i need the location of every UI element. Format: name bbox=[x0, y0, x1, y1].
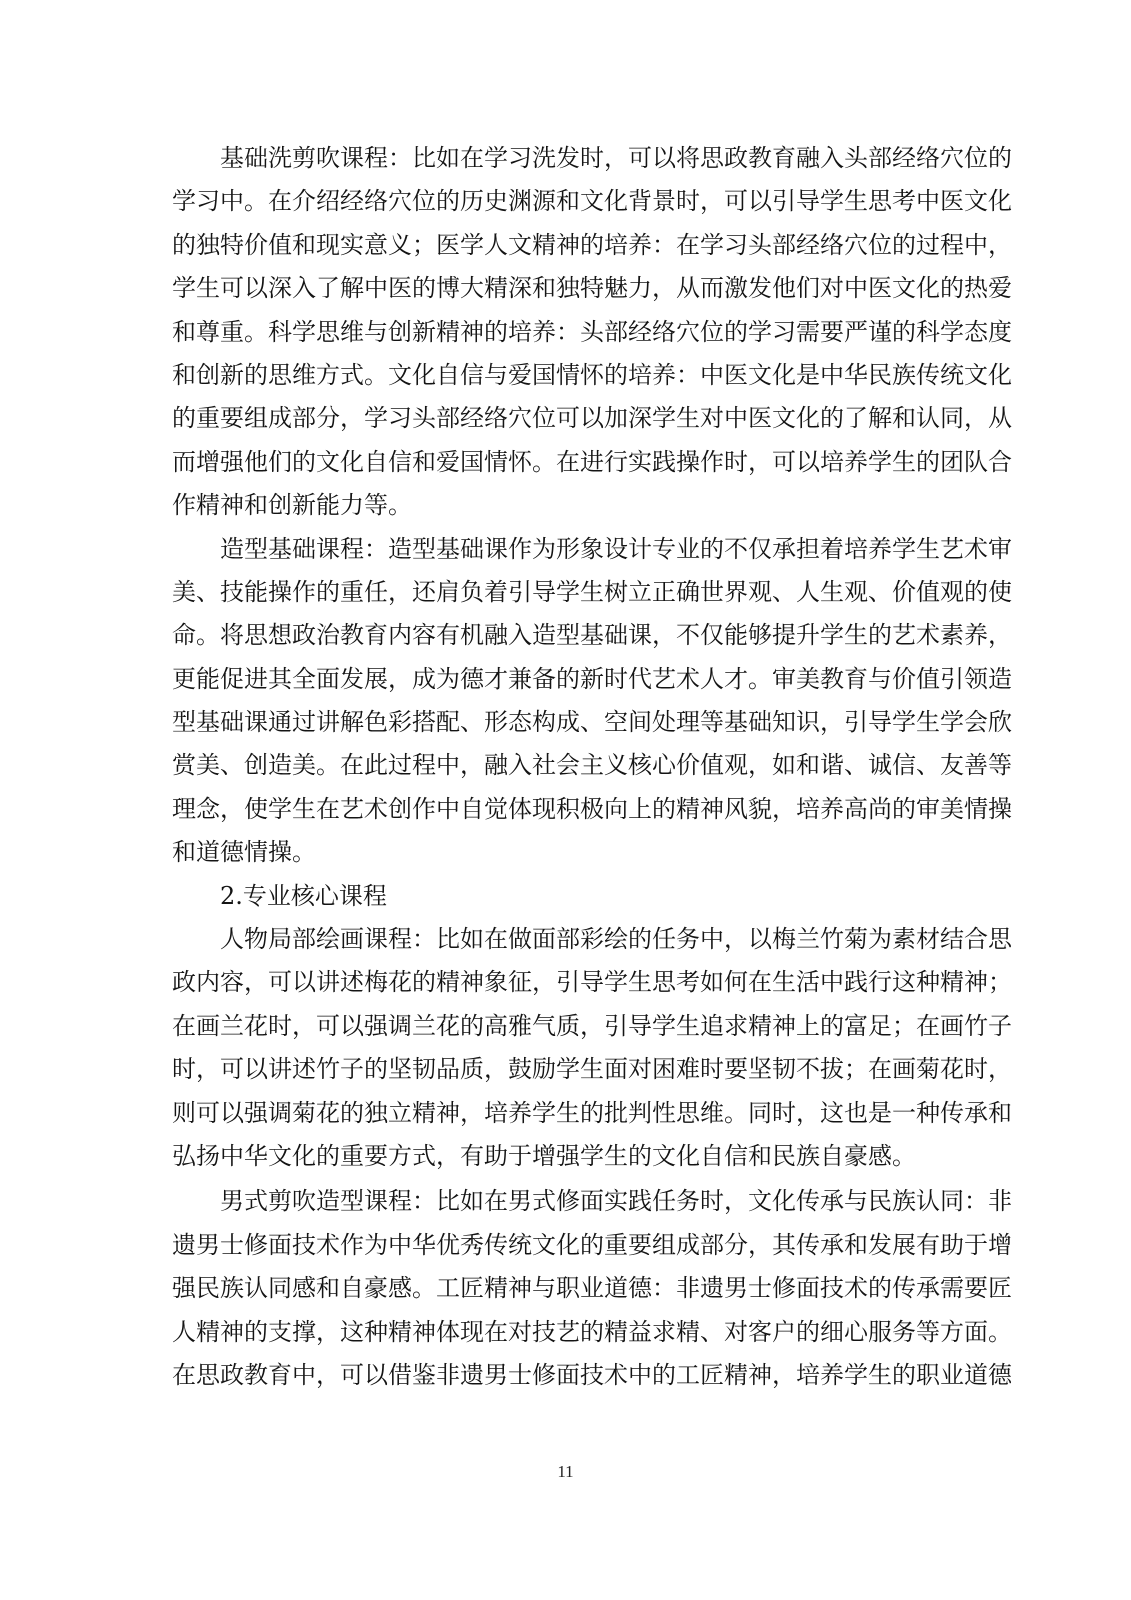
text-line: 和创新的思维方式。文化自信与爱国情怀的培养：中医文化是中华民族传统文化 bbox=[172, 357, 959, 400]
text-line: 强民族认同感和自豪感。工匠精神与职业道德：非遗男士修面技术的传承需要匠 bbox=[172, 1270, 959, 1313]
text-line: 和道德情操。 bbox=[172, 834, 959, 877]
text-line: 理念，使学生在艺术创作中自觉体现积极向上的精神风貌，培养高尚的审美情操 bbox=[172, 791, 959, 834]
document-body: 基础洗剪吹课程：比如在学习洗发时，可以将思政教育融入头部经络穴位的 学习中。在介… bbox=[172, 140, 959, 1400]
text-line: 学生可以深入了解中医的博大精深和独特魅力，从而激发他们对中医文化的热爱 bbox=[172, 270, 959, 313]
text-line: 在思政教育中，可以借鉴非遗男士修面技术中的工匠精神，培养学生的职业道德 bbox=[172, 1357, 959, 1400]
text-line: 的重要组成部分，学习头部经络穴位可以加深学生对中医文化的了解和认同，从 bbox=[172, 400, 959, 443]
text-line: 学习中。在介绍经络穴位的历史渊源和文化背景时，可以引导学生思考中医文化 bbox=[172, 183, 959, 226]
text-line: 遗男士修面技术作为中华优秀传统文化的重要组成部分，其传承和发展有助于增 bbox=[172, 1227, 959, 1270]
text-line: 人物局部绘画课程：比如在做面部彩绘的任务中，以梅兰竹菊为素材结合思 bbox=[172, 921, 959, 964]
paragraph-styling-foundation: 造型基础课程：造型基础课作为形象设计专业的不仅承担着培养学生艺术审 美、技能操作… bbox=[172, 531, 959, 878]
text-line: 命。将思想政治教育内容有机融入造型基础课，不仅能够提升学生的艺术素养， bbox=[172, 617, 959, 660]
text-line: 和尊重。科学思维与创新精神的培养：头部经络穴位的学习需要严谨的科学态度 bbox=[172, 314, 959, 357]
text-line: 作精神和创新能力等。 bbox=[172, 487, 959, 530]
text-line: 政内容，可以讲述梅花的精神象征，引导学生思考如何在生活中践行这种精神； bbox=[172, 964, 959, 1007]
text-line: 赏美、创造美。在此过程中，融入社会主义核心价值观，如和谐、诚信、友善等 bbox=[172, 747, 959, 790]
text-line: 男式剪吹造型课程：比如在男式修面实践任务时，文化传承与民族认同：非 bbox=[172, 1183, 959, 1226]
paragraph-mens-cut-blow-styling: 男式剪吹造型课程：比如在男式修面实践任务时，文化传承与民族认同：非 遗男士修面技… bbox=[172, 1183, 959, 1400]
text-line: 弘扬中华文化的重要方式，有助于增强学生的文化自信和民族自豪感。 bbox=[172, 1138, 959, 1181]
page-number: 11 bbox=[0, 1462, 1131, 1482]
text-line: 则可以强调菊花的独立精神，培养学生的批判性思维。同时，这也是一种传承和 bbox=[172, 1095, 959, 1138]
text-line: 的独特价值和现实意义；医学人文精神的培养：在学习头部经络穴位的过程中， bbox=[172, 227, 959, 270]
text-line: 在画兰花时，可以强调兰花的高雅气质，引导学生追求精神上的富足；在画竹子 bbox=[172, 1008, 959, 1051]
text-line: 更能促进其全面发展，成为德才兼备的新时代艺术人才。审美教育与价值引领造 bbox=[172, 661, 959, 704]
text-line: 而增强他们的文化自信和爱国情怀。在进行实践操作时，可以培养学生的团队合 bbox=[172, 444, 959, 487]
paragraph-basic-wash-cut-blow: 基础洗剪吹课程：比如在学习洗发时，可以将思政教育融入头部经络穴位的 学习中。在介… bbox=[172, 140, 959, 531]
text-line: 时，可以讲述竹子的坚韧品质，鼓励学生面对困难时要坚韧不拔；在画菊花时， bbox=[172, 1051, 959, 1094]
document-page: 基础洗剪吹课程：比如在学习洗发时，可以将思政教育融入头部经络穴位的 学习中。在介… bbox=[0, 0, 1131, 1600]
text-line: 型基础课通过讲解色彩搭配、形态构成、空间处理等基础知识，引导学生学会欣 bbox=[172, 704, 959, 747]
text-line: 美、技能操作的重任，还肩负着引导学生树立正确世界观、人生观、价值观的使 bbox=[172, 574, 959, 617]
text-line: 基础洗剪吹课程：比如在学习洗发时，可以将思政教育融入头部经络穴位的 bbox=[172, 140, 959, 183]
paragraph-partial-figure-painting: 人物局部绘画课程：比如在做面部彩绘的任务中，以梅兰竹菊为素材结合思 政内容，可以… bbox=[172, 921, 959, 1181]
text-line: 造型基础课程：造型基础课作为形象设计专业的不仅承担着培养学生艺术审 bbox=[172, 531, 959, 574]
section-heading: 2.专业核心课程 bbox=[172, 878, 959, 921]
text-line: 人精神的支撑，这种精神体现在对技艺的精益求精、对客户的细心服务等方面。 bbox=[172, 1314, 959, 1357]
section-heading-core-courses: 2.专业核心课程 bbox=[172, 878, 959, 921]
